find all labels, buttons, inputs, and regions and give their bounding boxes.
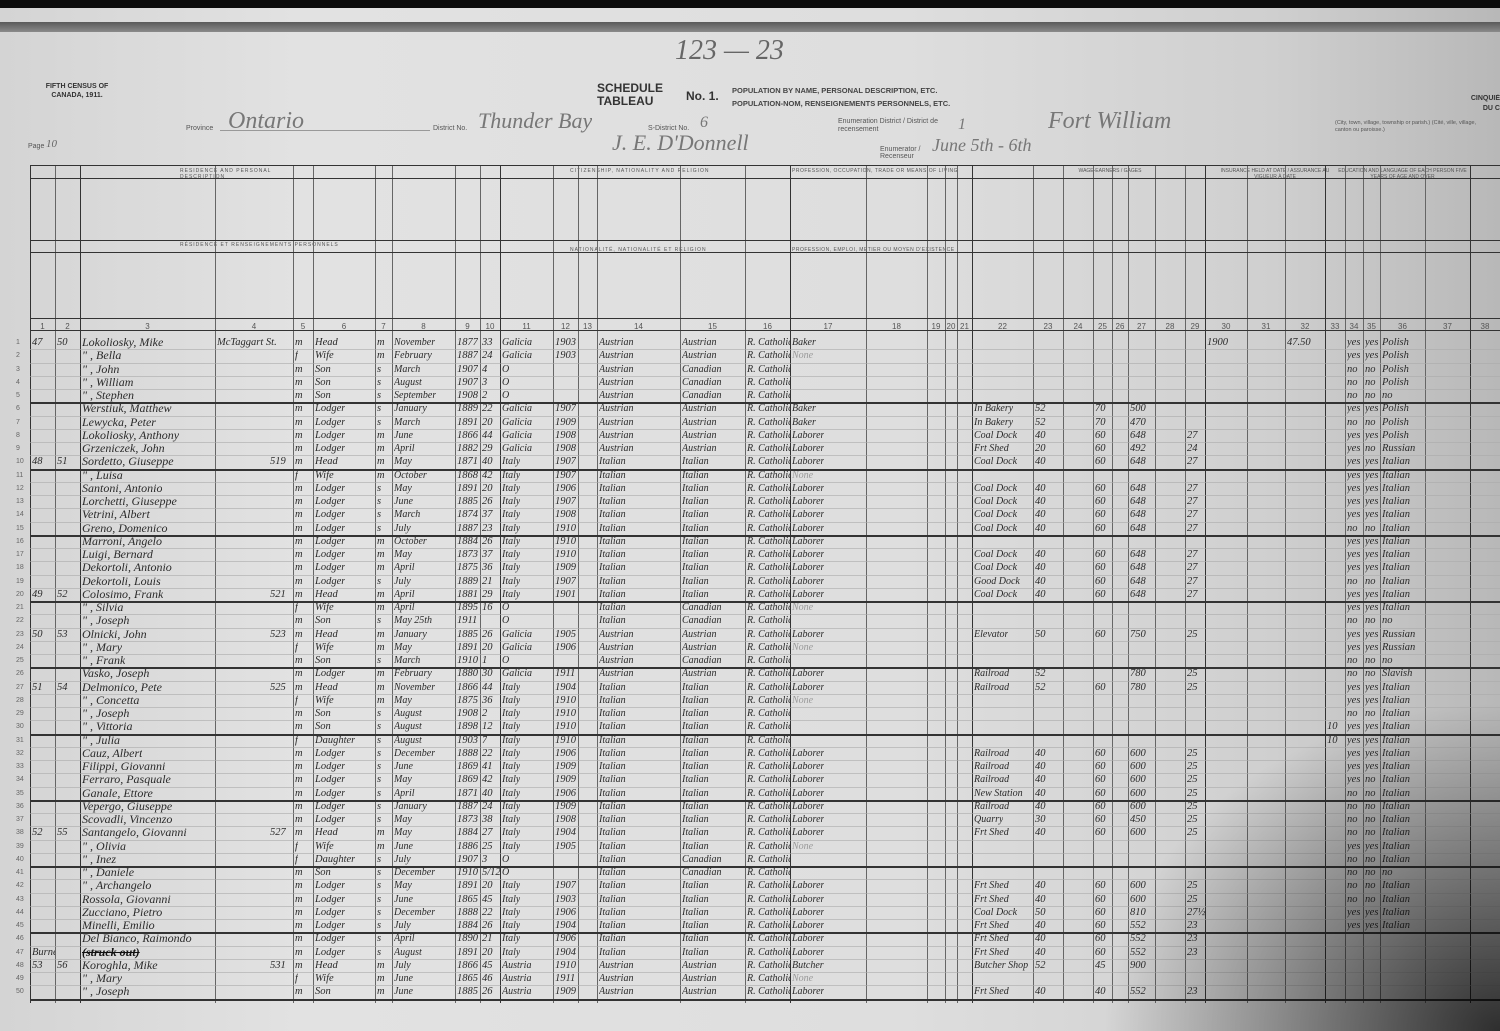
weeks-employed: 52 [1035, 402, 1046, 415]
religion: R. Catholic [747, 628, 790, 641]
sex: m [295, 681, 303, 694]
house-number: 521 [270, 588, 286, 601]
immigration-year: 1909 [555, 416, 576, 429]
annual-earnings: 600 [1130, 773, 1146, 786]
table-row: 16Marroni, AngelomLodgermOctober188426It… [0, 535, 1500, 548]
birth-month: July [394, 959, 411, 972]
nationality: Austrian [682, 416, 716, 429]
workplace: In Bakery [974, 416, 1013, 429]
workplace: New Station [974, 787, 1023, 800]
religion: R. Catholic [747, 720, 790, 733]
extra-earnings: 23 [1187, 985, 1198, 998]
racial-origin: Italian [599, 946, 626, 959]
religion: R. Catholic [747, 694, 790, 707]
relationship: Wife [315, 694, 334, 707]
immigration-year: 1910 [555, 548, 576, 561]
relationship: Lodger [315, 508, 345, 521]
row-number: 36 [16, 800, 24, 813]
workplace: Frt Shed [974, 893, 1009, 906]
family-number: 50 [57, 336, 68, 349]
relationship: Head [315, 336, 338, 349]
birth-month: March [394, 416, 420, 429]
racial-origin: Italian [599, 522, 626, 535]
religion: R. Catholic [747, 879, 790, 892]
occupation: None [792, 694, 813, 707]
age: 22 [482, 402, 493, 415]
can-write: no [1365, 800, 1376, 813]
can-read: yes [1347, 747, 1360, 760]
language-spoken: Polish [1382, 429, 1409, 442]
relationship: Son [315, 389, 331, 402]
column-number: 16 [745, 322, 790, 331]
language-spoken: Italian [1382, 561, 1410, 574]
immigration-year: 1908 [555, 442, 576, 455]
religion: R. Catholic [747, 588, 790, 601]
marital-status: s [377, 866, 381, 879]
workplace: Coal Dock [974, 495, 1017, 508]
hours-per-week: 60 [1095, 561, 1106, 574]
birth-month: April [394, 588, 415, 601]
religion: R. Catholic [747, 548, 790, 561]
person-name: " , Joseph [82, 614, 129, 627]
dwelling-number: 49 [32, 588, 43, 601]
religion: R. Catholic [747, 985, 790, 998]
column-number: 9 [455, 322, 480, 331]
immigration-year: 1903 [555, 893, 576, 906]
immigration-year: 1906 [555, 641, 576, 654]
row-number: 29 [16, 707, 24, 720]
religion: R. Catholic [747, 932, 790, 945]
can-write: no [1365, 442, 1376, 455]
column-number: 29 [1185, 322, 1205, 331]
birth-month: May [394, 773, 412, 786]
sex: f [295, 601, 298, 614]
age: 25 [482, 840, 493, 853]
can-write: yes [1365, 402, 1378, 415]
marital-status: s [377, 376, 381, 389]
religion: R. Catholic [747, 508, 790, 521]
nationality: Italian [682, 919, 709, 932]
table-row: 24" , MaryfWifemMay189120Galicia1906Aust… [0, 641, 1500, 654]
occupation: Laborer [792, 508, 824, 521]
extra-earnings: 27 [1187, 548, 1198, 561]
relationship: Lodger [315, 495, 345, 508]
row-number: 35 [16, 787, 24, 800]
person-name: " , Joseph [82, 985, 129, 998]
marital-status: m [377, 601, 385, 614]
person-name: Lokoliosky, Anthony [82, 429, 179, 442]
sex: m [295, 455, 303, 468]
row-number: 37 [16, 813, 24, 826]
age: 26 [482, 495, 493, 508]
dwelling-number: 50 [32, 628, 43, 641]
immigration-year: 1910 [555, 707, 576, 720]
row-number: 42 [16, 879, 24, 892]
section-residence-fr: RÉSIDENCE ET RENSEIGNEMENTS PERSONNELS [180, 242, 500, 248]
nationality: Italian [682, 681, 709, 694]
immigration-year: 1905 [555, 628, 576, 641]
relationship: Lodger [315, 932, 345, 945]
workplace: Coal Dock [974, 508, 1017, 521]
birth-year: 1875 [457, 694, 478, 707]
table-row: 34Ferraro, PasqualemLodgersMay186942Ital… [0, 773, 1500, 786]
religion: R. Catholic [747, 681, 790, 694]
birth-month: January [394, 628, 427, 641]
family-number: 54 [57, 681, 68, 694]
relationship: Wife [315, 469, 334, 482]
hours-per-week: 60 [1095, 826, 1106, 839]
sex: m [295, 747, 303, 760]
relationship: Lodger [315, 906, 345, 919]
workplace: Frt Shed [974, 919, 1009, 932]
relationship: Lodger [315, 548, 345, 561]
marital-status: s [377, 734, 381, 747]
hours-per-week: 60 [1095, 482, 1106, 495]
relationship: Lodger [315, 787, 345, 800]
birthplace: Austria [502, 985, 531, 998]
nationality: Italian [682, 495, 709, 508]
can-write: yes [1365, 482, 1378, 495]
marital-status: s [377, 363, 381, 376]
sex: m [295, 548, 303, 561]
row-number: 27 [16, 681, 24, 694]
person-name: " , Inez [82, 853, 116, 866]
relationship: Lodger [315, 522, 345, 535]
person-name: Werstiuk, Matthew [82, 402, 172, 415]
can-write: yes [1365, 628, 1378, 641]
birthplace: O [502, 853, 509, 866]
annual-earnings: 552 [1130, 985, 1146, 998]
can-read: yes [1347, 495, 1360, 508]
relationship: Wife [315, 641, 334, 654]
birth-month: February [394, 667, 432, 680]
nationality: Austrian [682, 972, 716, 985]
birth-year: 1908 [457, 389, 478, 402]
can-write: no [1365, 707, 1376, 720]
sex: m [295, 879, 303, 892]
hours-per-week: 60 [1095, 747, 1106, 760]
sex: m [295, 336, 303, 349]
extra-earnings: 25 [1187, 787, 1198, 800]
hours-per-week: 60 [1095, 495, 1106, 508]
sex: m [295, 826, 303, 839]
annual-earnings: 600 [1130, 800, 1146, 813]
table-row: 6Werstiuk, MatthewmLodgersJanuary188922G… [0, 402, 1500, 415]
relationship: Lodger [315, 575, 345, 588]
dwelling-number: Burnetta [32, 946, 55, 959]
workplace: Frt Shed [974, 946, 1009, 959]
marital-status: s [377, 389, 381, 402]
relationship: Lodger [315, 402, 345, 415]
racial-origin: Italian [599, 561, 626, 574]
table-row: 47Burnetta(struck out)mLodgersAugust1891… [0, 946, 1500, 959]
dwelling-number: 52 [32, 826, 43, 839]
relationship: Lodger [315, 879, 345, 892]
occupation: None [792, 349, 813, 362]
age: 20 [482, 641, 493, 654]
nationality: Italian [682, 946, 709, 959]
age: 37 [482, 548, 493, 561]
extra-earnings: 25 [1187, 773, 1198, 786]
relationship: Lodger [315, 773, 345, 786]
person-name: Luigi, Bernard [82, 548, 153, 561]
person-name: Greno, Domenico [82, 522, 168, 535]
extra-earnings: 25 [1187, 826, 1198, 839]
french-title-line2: DU C [1455, 104, 1500, 114]
extra-earnings: 25 [1187, 667, 1198, 680]
can-read: yes [1347, 548, 1360, 561]
age: 2 [482, 389, 487, 402]
language-spoken: Italian [1382, 760, 1410, 773]
annual-earnings: 648 [1130, 455, 1146, 468]
person-name: Sordetto, Giuseppe [82, 455, 174, 468]
nationality: Italian [682, 840, 709, 853]
annual-earnings: 648 [1130, 482, 1146, 495]
religion: R. Catholic [747, 601, 790, 614]
nationality: Austrian [682, 402, 716, 415]
hours-per-week: 60 [1095, 628, 1106, 641]
birthplace: O [502, 866, 509, 879]
extra-earnings: 27 [1187, 522, 1198, 535]
marital-status: m [377, 840, 385, 853]
can-write: yes [1365, 535, 1378, 548]
birth-month: October [394, 535, 427, 548]
birthplace: Italy [502, 575, 520, 588]
column-number: 34 [1345, 322, 1363, 331]
table-row: 17Luigi, BernardmLodgermMay187337Italy19… [0, 548, 1500, 561]
section-citizenship-en: CITIZENSHIP, NATIONALITY AND RELIGION [570, 168, 770, 174]
occupation: Laborer [792, 813, 824, 826]
annual-earnings: 492 [1130, 442, 1146, 455]
age: 44 [482, 429, 493, 442]
sex: f [295, 853, 298, 866]
birth-year: 1877 [457, 336, 478, 349]
person-name: Santangelo, Giovanni [82, 826, 187, 839]
nationality: Austrian [682, 641, 716, 654]
row-number: 26 [16, 667, 24, 680]
relationship: Son [315, 707, 331, 720]
birthplace: Italy [502, 760, 520, 773]
sex: m [295, 389, 303, 402]
hours-per-week: 60 [1095, 588, 1106, 601]
birthplace: Italy [502, 946, 520, 959]
immigration-year: 1909 [555, 773, 576, 786]
relationship: Son [315, 614, 331, 627]
language-spoken: Russian [1382, 442, 1415, 455]
hours-per-week: 70 [1095, 416, 1106, 429]
table-row: 46Del Bianco, RaimondomLodgersApril18902… [0, 932, 1500, 945]
birthplace: Galicia [502, 442, 532, 455]
district-label: District No. [433, 125, 467, 132]
row-number: 28 [16, 694, 24, 707]
sex: m [295, 522, 303, 535]
age: 40 [482, 787, 493, 800]
birth-month: May [394, 548, 412, 561]
nationality: Italian [682, 747, 709, 760]
can-write: yes [1365, 495, 1378, 508]
birth-month: April [394, 601, 415, 614]
birth-year: 1874 [457, 508, 478, 521]
age: 29 [482, 588, 493, 601]
birth-month: December [394, 747, 435, 760]
nationality: Italian [682, 469, 709, 482]
can-read: no [1347, 376, 1358, 389]
can-read: yes [1347, 588, 1360, 601]
religion: R. Catholic [747, 773, 790, 786]
birth-year: 1884 [457, 826, 478, 839]
person-name: " , John [82, 363, 119, 376]
birthplace: O [502, 389, 509, 402]
occupation: Laborer [792, 667, 824, 680]
relationship: Wife [315, 349, 334, 362]
column-number: 15 [680, 322, 745, 331]
weeks-employed: 30 [1035, 813, 1046, 826]
relationship: Head [315, 455, 338, 468]
age: 37 [482, 508, 493, 521]
birthplace: O [502, 601, 509, 614]
person-name: Rossola, Giovanni [82, 893, 171, 906]
birth-year: 1875 [457, 561, 478, 574]
weeks-employed: 40 [1035, 455, 1046, 468]
place-value: Fort William [1048, 108, 1171, 135]
can-write: yes [1365, 694, 1378, 707]
occupation: Laborer [792, 522, 824, 535]
annual-earnings: 648 [1130, 548, 1146, 561]
immigration-year: 1908 [555, 429, 576, 442]
marital-status: m [377, 972, 385, 985]
table-row: 26Vasko, JosephmLodgermFebruary188030Gal… [0, 667, 1500, 680]
weeks-employed: 40 [1035, 800, 1046, 813]
extra-earnings: 23 [1187, 919, 1198, 932]
birthplace: Austria [502, 972, 531, 985]
column-number: 12 [553, 322, 578, 331]
can-read: no [1347, 667, 1358, 680]
birthplace: Italy [502, 932, 520, 945]
relationship: Wife [315, 840, 334, 853]
person-name: " , Silvia [82, 601, 123, 614]
birthplace: Galicia [502, 667, 532, 680]
language-spoken: Russian [1382, 641, 1415, 654]
annual-earnings: 600 [1130, 787, 1146, 800]
weeks-employed: 40 [1035, 548, 1046, 561]
birthplace: Galicia [502, 349, 532, 362]
occupation: None [792, 469, 813, 482]
nationality: Italian [682, 932, 709, 945]
marital-status: s [377, 853, 381, 866]
section-wages: WAGE-EARNERS / GAGES [1020, 168, 1200, 174]
table-row: 3" , JohnmSonsMarch19074OAustrianCanadia… [0, 363, 1500, 376]
language-spoken: Italian [1382, 720, 1410, 733]
workplace: Coal Dock [974, 522, 1017, 535]
relationship: Wife [315, 972, 334, 985]
racial-origin: Austrian [599, 641, 633, 654]
language-spoken: no [1382, 614, 1393, 627]
street-address: McTaggart St. [217, 336, 277, 349]
census-title: FIFTH CENSUS OF CANADA, 1911. [22, 82, 132, 100]
racial-origin: Italian [599, 840, 626, 853]
can-read: yes [1347, 402, 1360, 415]
racial-origin: Italian [599, 575, 626, 588]
table-row: 8Lokoliosky, AnthonymLodgermJune186644Ga… [0, 429, 1500, 442]
age: 42 [482, 773, 493, 786]
nationality: Canadian [682, 853, 721, 866]
relationship: Daughter [315, 734, 355, 747]
date-value: June 5th - 6th [932, 135, 1031, 156]
can-write: no [1365, 363, 1376, 376]
birth-year: 1886 [457, 840, 478, 853]
table-row: 37Scovadli, VincenzomLodgersMay187338Ita… [0, 813, 1500, 826]
can-write: no [1365, 879, 1376, 892]
religion: R. Catholic [747, 946, 790, 959]
religion: R. Catholic [747, 469, 790, 482]
age: 46 [482, 972, 493, 985]
workplace: Frt Shed [974, 985, 1009, 998]
weeks-employed: 40 [1035, 879, 1046, 892]
religion: R. Catholic [747, 866, 790, 879]
age: 36 [482, 561, 493, 574]
marital-status: s [377, 879, 381, 892]
column-number: 21 [957, 322, 972, 331]
marital-status: m [377, 694, 385, 707]
row-number: 30 [16, 720, 24, 733]
can-read: yes [1347, 773, 1360, 786]
language-spoken: Italian [1382, 601, 1410, 614]
header-rule [30, 240, 1500, 241]
immigration-year: 1910 [555, 720, 576, 733]
relationship: Lodger [315, 800, 345, 813]
marital-status: m [377, 628, 385, 641]
immigration-year: 1906 [555, 787, 576, 800]
annual-earnings: 780 [1130, 681, 1146, 694]
nationality: Austrian [682, 959, 716, 972]
can-write: yes [1365, 720, 1378, 733]
enumeration-value: 1 [958, 116, 966, 134]
marital-status: m [377, 959, 385, 972]
occupation: None [792, 601, 813, 614]
can-write: no [1365, 416, 1376, 429]
weeks-employed: 40 [1035, 760, 1046, 773]
nationality: Canadian [682, 654, 721, 667]
marital-status: s [377, 932, 381, 945]
header-rule [30, 318, 1500, 319]
birth-month: July [394, 522, 411, 535]
extra-earnings: 25 [1187, 813, 1198, 826]
can-write: yes [1365, 601, 1378, 614]
extra-earnings: 25 [1187, 800, 1198, 813]
sex: f [295, 972, 298, 985]
marital-status: s [377, 800, 381, 813]
relationship: Head [315, 959, 338, 972]
french-title-line1: CINQUIÈ [1455, 94, 1500, 104]
can-write: no [1365, 614, 1376, 627]
birth-month: May 25th [394, 614, 432, 627]
table-row: 30" , VittoriamSonsAugust189812Italy1910… [0, 720, 1500, 733]
birthplace: Italy [502, 522, 520, 535]
row-number: 41 [16, 866, 24, 879]
row-number: 32 [16, 747, 24, 760]
workplace: Frt Shed [974, 879, 1009, 892]
religion: R. Catholic [747, 972, 790, 985]
birth-year: 1871 [457, 787, 478, 800]
immigration-year: 1911 [555, 972, 575, 985]
relationship: Son [315, 654, 331, 667]
birthplace: O [502, 614, 509, 627]
relationship: Lodger [315, 760, 345, 773]
age: 24 [482, 349, 493, 362]
can-write: yes [1365, 336, 1378, 349]
religion: R. Catholic [747, 747, 790, 760]
population-title-fr: POPULATION-NOM, RENSEIGNEMENTS PERSONNEL… [732, 97, 950, 110]
